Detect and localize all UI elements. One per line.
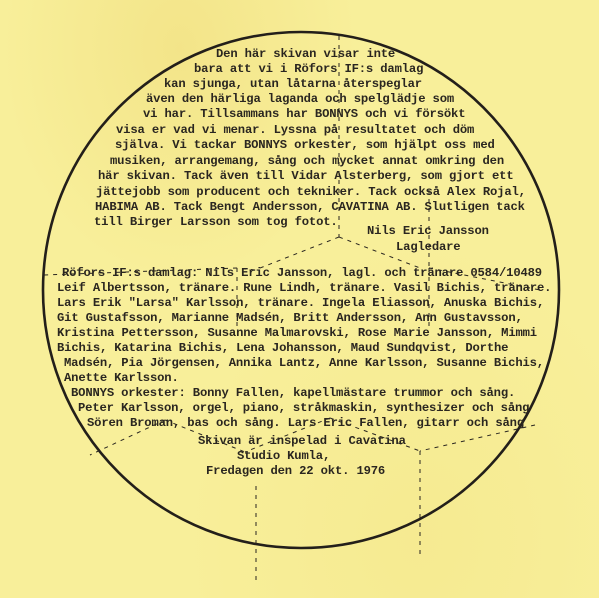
credits-line: Röfors IF:s damlag: Nils Eric Jansson, l… (62, 266, 542, 281)
intro-line: vi har. Tillsammans har BONNYS och vi fö… (143, 107, 465, 122)
credits-line: Kristina Pettersson, Susanne Malmarovski… (57, 326, 537, 341)
intro-line: jättejobb som producent och tekniker. Ta… (96, 185, 526, 200)
credits-line: Leif Albertsson, tränare. Rune Lindh, tr… (57, 281, 551, 296)
recording-line: Studio Kumla, (237, 449, 330, 464)
credits-line: Git Gustafsson, Marianne Madsén, Britt A… (57, 311, 523, 326)
intro-line: kan sjunga, utan låtarna återspeglar (164, 77, 422, 92)
credits-line: Madsén, Pia Jörgensen, Annika Lantz, Ann… (64, 356, 544, 371)
intro-line: här skivan. Tack även till Vidar Alsterb… (98, 169, 514, 184)
intro-line: HABIMA AB. Tack Bengt Andersson, CAVATIN… (95, 200, 525, 215)
signature-title: Lagledare (396, 240, 460, 255)
credits-line: Bichis, Katarina Bichis, Lena Johansson,… (57, 341, 508, 356)
credits-line: Sören Broman, bas och sång. Lars Eric Fa… (87, 416, 524, 431)
intro-line: själva. Vi tackar BONNYS orkester, som h… (115, 138, 495, 153)
signature-name: Nils Eric Jansson (367, 224, 489, 239)
credits-line: Anette Karlsson. (64, 371, 179, 386)
intro-line: Den här skivan visar inte (216, 47, 395, 62)
intro-line: bara att vi i Röfors IF:s damlag (194, 62, 423, 77)
credits-line: Peter Karlsson, orgel, piano, stråkmaski… (78, 401, 529, 416)
intro-line: till Birger Larsson som tog fotot. (94, 215, 338, 230)
intro-line: musiken, arrangemang, sång och mycket an… (110, 154, 504, 169)
recording-line: Fredagen den 22 okt. 1976 (206, 464, 385, 479)
recording-line: Skivan är inspelad i Cavatina (198, 434, 406, 449)
intro-line: visa er vad vi menar. Lyssna på resultat… (116, 123, 474, 138)
intro-line: även den härliga laganda och spelglädje … (146, 92, 454, 107)
credits-line: BONNYS orkester: Bonny Fallen, kapellmäs… (71, 386, 515, 401)
credits-line: Lars Erik "Larsa" Karlsson, tränare. Ing… (57, 296, 544, 311)
